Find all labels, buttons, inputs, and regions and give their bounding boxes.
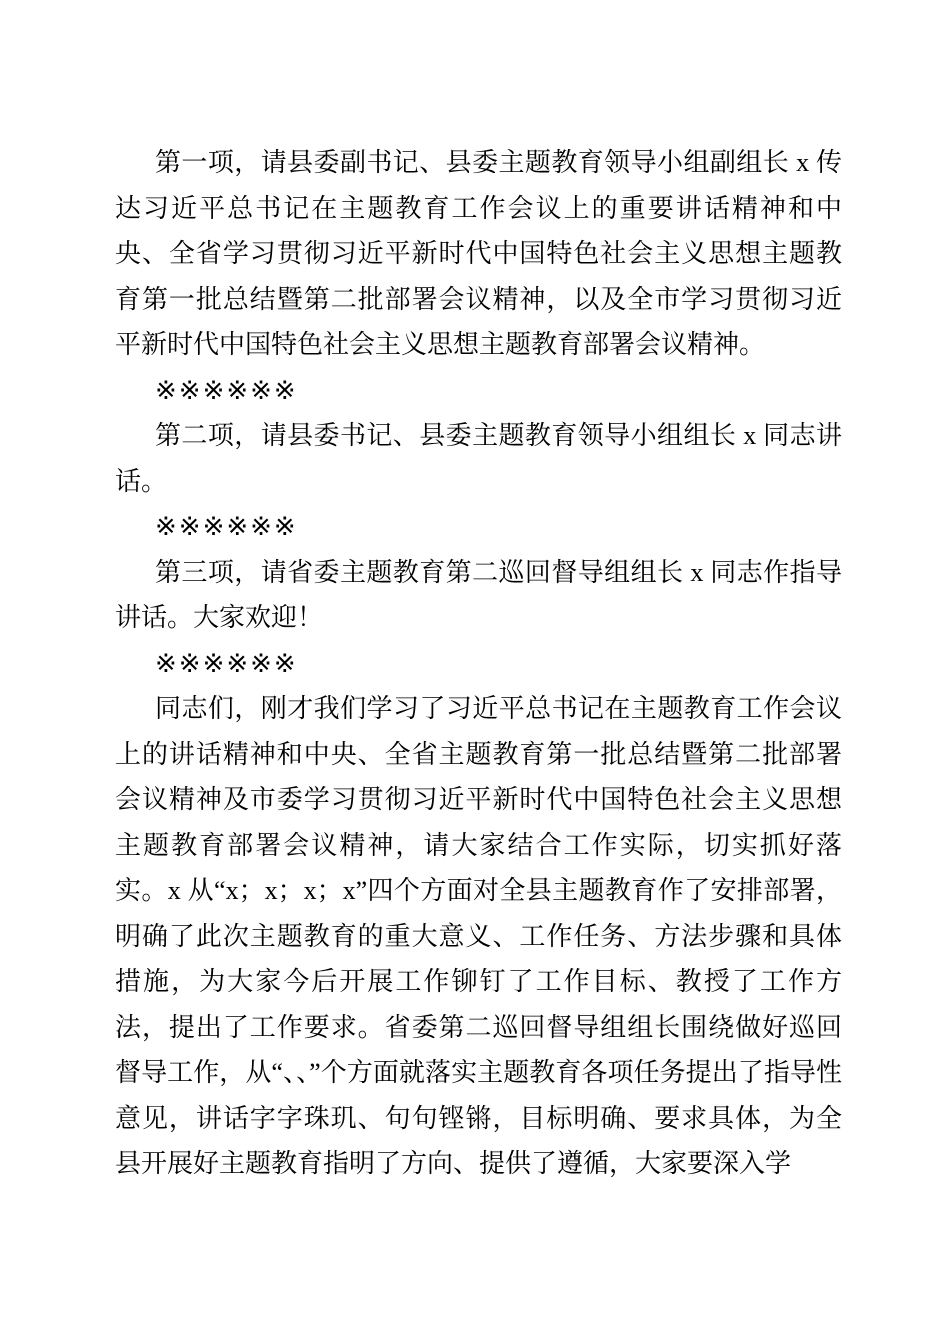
agenda-item-1-paragraph: 第一项，请县委副书记、县委主题教育领导小组副组长 x 传达习近平总书记在主题教育… bbox=[115, 140, 842, 368]
separator-row-2: ※※※※※※ bbox=[115, 504, 842, 550]
agenda-item-3-paragraph: 第三项，请省委主题教育第二巡回督导组组长 x 同志作指导讲话。大家欢迎！ bbox=[115, 550, 842, 641]
speech-body-paragraph: 同志们，刚才我们学习了习近平总书记在主题教育工作会议上的讲话精神和中央、全省主题… bbox=[115, 686, 842, 1187]
document-body: 第一项，请县委副书记、县委主题教育领导小组副组长 x 传达习近平总书记在主题教育… bbox=[115, 140, 842, 1187]
separator-row-1: ※※※※※※ bbox=[115, 368, 842, 414]
agenda-item-2-paragraph: 第二项，请县委书记、县委主题教育领导小组组长 x 同志讲话。 bbox=[115, 413, 842, 504]
separator-row-3: ※※※※※※ bbox=[115, 641, 842, 687]
document-page: 第一项，请县委副书记、县委主题教育领导小组副组长 x 传达习近平总书记在主题教育… bbox=[0, 0, 950, 1344]
